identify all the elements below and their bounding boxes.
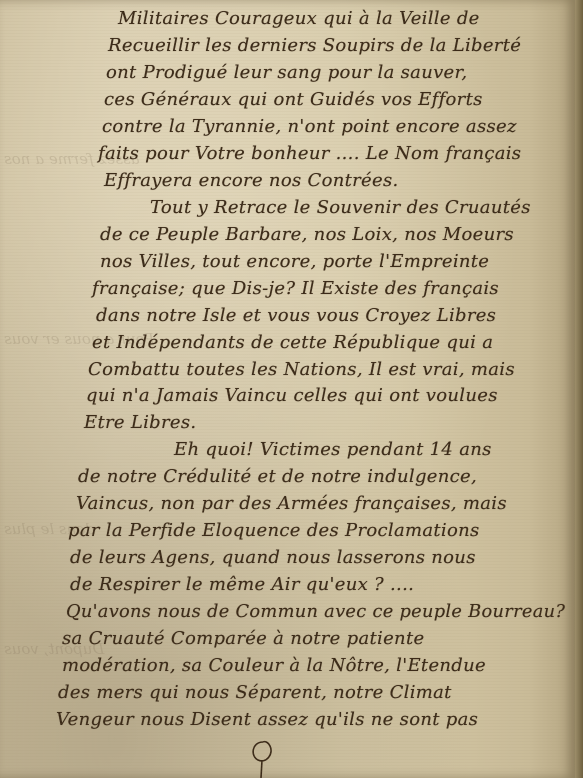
- manuscript-line: de notre Crédulité et de notre indulgenc…: [78, 466, 477, 487]
- manuscript-line: Militaires Courageux qui à la Veille de: [118, 8, 480, 29]
- manuscript-line: Eh quoi! Victimes pendant 14 ans: [174, 439, 492, 460]
- manuscript-line: de Respirer le même Air qu'eux ? ....: [70, 574, 414, 595]
- manuscript-line: contre la Tyrannie, n'ont point encore a…: [102, 116, 517, 137]
- manuscript-line: française; que Dis-je? Il Existe des fra…: [92, 278, 499, 299]
- manuscript-line: Combattu toutes les Nations, Il est vrai…: [88, 359, 515, 380]
- manuscript-line: Vaincus, non par des Armées françaises, …: [76, 493, 507, 514]
- manuscript-line: sa Cruauté Comparée à notre patiente: [62, 628, 424, 649]
- manuscript-line: Vengeur nous Disent assez qu'ils ne sont…: [56, 709, 478, 730]
- manuscript-line: qui n'a Jamais Vaincu celles qui ont vou…: [86, 385, 498, 406]
- manuscript-line: ont Prodigué leur sang pour la sauver,: [106, 62, 467, 83]
- manuscript-line: Effrayera encore nos Contrées.: [104, 170, 399, 191]
- manuscript-line: Recueillir les derniers Soupirs de la Li…: [108, 35, 521, 56]
- manuscript-line: de ce Peuple Barbare, nos Loix, nos Moeu…: [100, 224, 514, 245]
- manuscript-line: ces Généraux qui ont Guidés vos Efforts: [104, 89, 483, 110]
- manuscript-line: par la Perfide Eloquence des Proclamatio…: [68, 520, 480, 541]
- manuscript-line: nos Villes, tout encore, porte l'Emprein…: [100, 251, 489, 272]
- manuscript-line: Etre Libres.: [84, 412, 196, 433]
- manuscript-line: des mers qui nous Séparent, notre Climat: [58, 682, 452, 703]
- manuscript-page: assez ferme a nos Pour a nous er vous da…: [0, 0, 575, 778]
- manuscript-line: Qu'avons nous de Commun avec ce peuple B…: [66, 601, 565, 622]
- manuscript-line: faits pour Votre bonheur .... Le Nom fra…: [98, 143, 521, 164]
- manuscript-line: dans notre Isle et vous vous Croyez Libr…: [96, 305, 496, 326]
- page-edge: [575, 0, 583, 778]
- manuscript-line: et Indépendants de cette République qui …: [92, 332, 493, 353]
- manuscript-line: modération, sa Couleur à la Nôtre, l'Ete…: [62, 655, 486, 676]
- manuscript-line: de leurs Agens, quand nous lasserons nou…: [70, 547, 476, 568]
- manuscript-line: Tout y Retrace le Souvenir des Cruautés: [150, 197, 531, 218]
- catchword-flourish-icon: [248, 738, 278, 778]
